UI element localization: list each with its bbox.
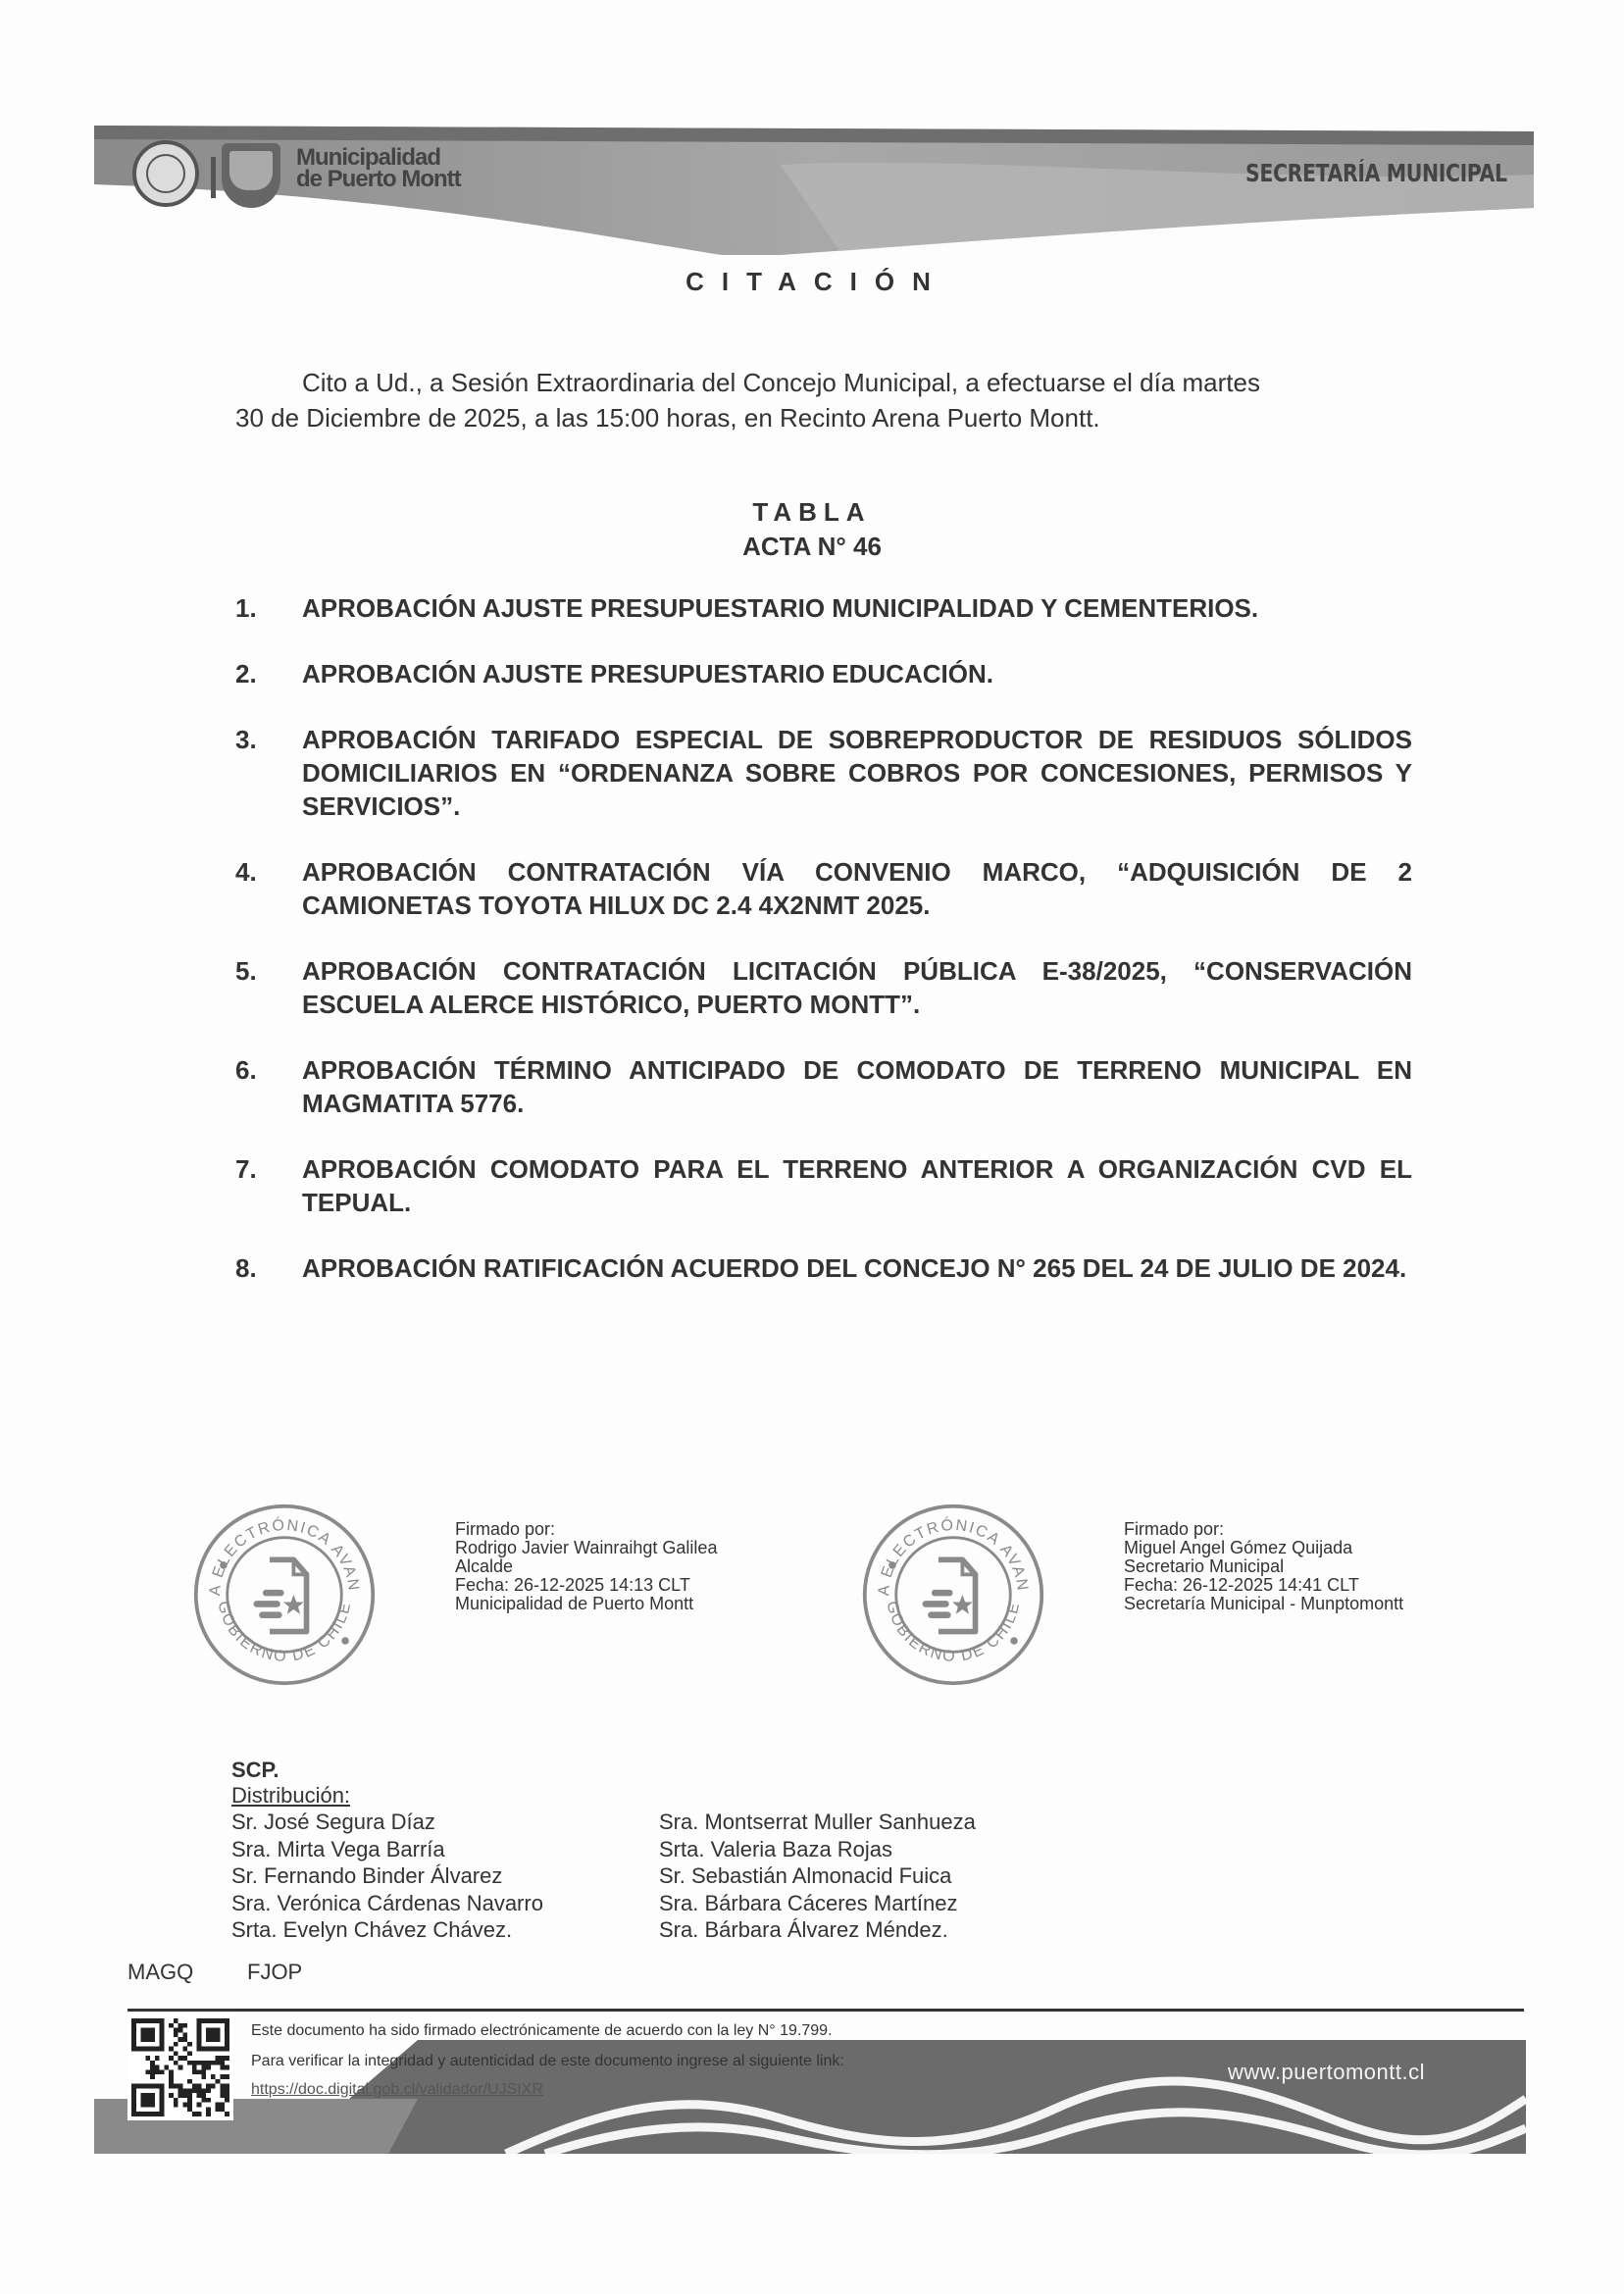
- agenda-item-text: APROBACIÓN TARIFADO ESPECIAL DE SOBREPRO…: [302, 723, 1412, 823]
- agenda-item-text: APROBACIÓN CONTRATACIÓN VÍA CONVENIO MAR…: [302, 855, 1412, 922]
- agenda-item-number: 3.: [235, 723, 302, 823]
- validator-link[interactable]: https://doc.digital.gob.cl/validador/UJS…: [251, 2081, 543, 2099]
- initials-2: FJOP: [247, 1960, 302, 1985]
- agenda-item-number: 7.: [235, 1152, 302, 1219]
- signature-date: Fecha: 26-12-2025 14:13 CLT: [455, 1576, 717, 1595]
- agenda-item-text: APROBACIÓN AJUSTE PRESUPUESTARIO EDUCACI…: [302, 657, 1412, 690]
- verification-instructions: Para verificar la integridad y autentici…: [251, 2053, 844, 2070]
- acta-number: ACTA N° 46: [0, 532, 1624, 562]
- agenda-item-number: 4.: [235, 855, 302, 922]
- intro-paragraph: Cito a Ud., a Sesión Extraordinaria del …: [235, 365, 1412, 435]
- distribution-recipient: Sra. Bárbara Cáceres Martínez: [659, 1890, 976, 1917]
- svg-text:FIRMA ELECTRÓNICA AVANZADA: FIRMA ELECTRÓNICA AVANZADA: [861, 1503, 1031, 1597]
- signature-date: Fecha: 26-12-2025 14:41 CLT: [1124, 1576, 1403, 1595]
- agenda-item: 7.APROBACIÓN COMODATO PARA EL TERRENO AN…: [235, 1152, 1412, 1219]
- signature-seal-icon: FIRMA ELECTRÓNICA AVANZADAGOBIERNO DE CH…: [861, 1503, 1045, 1687]
- distribution-recipient: Sr. José Segura Díaz: [231, 1809, 543, 1836]
- agenda-item: 8.APROBACIÓN RATIFICACIÓN ACUERDO DEL CO…: [235, 1251, 1412, 1285]
- signer-organization: Secretaría Municipal - Munptomontt: [1124, 1595, 1403, 1613]
- signer-name: Rodrigo Javier Wainraihgt Galilea: [455, 1539, 717, 1557]
- electronic-signature-seal: FIRMA ELECTRÓNICA AVANZADAGOBIERNO DE CH…: [192, 1503, 377, 1687]
- electronic-signature-seal: FIRMA ELECTRÓNICA AVANZADAGOBIERNO DE CH…: [861, 1503, 1045, 1687]
- distribution-recipient: Srta. Valeria Baza Rojas: [659, 1836, 976, 1863]
- signature-label: Firmado por:: [1124, 1520, 1403, 1539]
- signature-block-2: Firmado por: Miguel Angel Gómez Quijada …: [1124, 1520, 1403, 1613]
- website-link[interactable]: www.puertomontt.cl: [1228, 2060, 1425, 2085]
- distribution-label: Distribución:: [231, 1783, 350, 1809]
- agenda-item-number: 5.: [235, 954, 302, 1021]
- document-title: CITACIÓN: [0, 267, 1624, 297]
- agenda-item-number: 6.: [235, 1053, 302, 1120]
- distribution-recipient: Sra. Montserrat Muller Sanhueza: [659, 1809, 976, 1836]
- agenda-item-number: 8.: [235, 1251, 302, 1285]
- agenda-item-text: APROBACIÓN COMODATO PARA EL TERRENO ANTE…: [302, 1152, 1412, 1219]
- signature-seal-icon: FIRMA ELECTRÓNICA AVANZADAGOBIERNO DE CH…: [192, 1503, 377, 1687]
- agenda-item-text: APROBACIÓN CONTRATACIÓN LICITACIÓN PÚBLI…: [302, 954, 1412, 1021]
- agenda-list: 1.APROBACIÓN AJUSTE PRESUPUESTARIO MUNIC…: [235, 591, 1412, 1317]
- distribution-column-1: Sr. José Segura DíazSra. Mirta Vega Barr…: [231, 1809, 543, 1944]
- agenda-item-text: APROBACIÓN RATIFICACIÓN ACUERDO DEL CONC…: [302, 1251, 1412, 1285]
- agenda-item: 5.APROBACIÓN CONTRATACIÓN LICITACIÓN PÚB…: [235, 954, 1412, 1021]
- intro-line-2: 30 de Diciembre de 2025, a las 15:00 hor…: [235, 400, 1412, 435]
- agenda-item-number: 1.: [235, 591, 302, 625]
- distribution-recipient: Sr. Sebastián Almonacid Fuica: [659, 1862, 976, 1890]
- agenda-item: 2.APROBACIÓN AJUSTE PRESUPUESTARIO EDUCA…: [235, 657, 1412, 690]
- municipal-seal-logo: [132, 140, 199, 207]
- scp-label: SCP.: [231, 1758, 279, 1783]
- signer-role: Alcalde: [455, 1557, 717, 1576]
- distribution-recipient: Srta. Evelyn Chávez Chávez.: [231, 1916, 543, 1944]
- signature-label: Firmado por:: [455, 1520, 717, 1539]
- organization-line-2: de Puerto Montt: [296, 169, 461, 190]
- electronic-signature-notice: Este documento ha sido firmado electróni…: [251, 2022, 833, 2040]
- department-title: SECRETARÍA MUNICIPAL: [1245, 159, 1507, 187]
- agenda-item: 3.APROBACIÓN TARIFADO ESPECIAL DE SOBREP…: [235, 723, 1412, 823]
- agenda-item: 1.APROBACIÓN AJUSTE PRESUPUESTARIO MUNIC…: [235, 591, 1412, 625]
- distribution-recipient: Sra. Bárbara Álvarez Méndez.: [659, 1916, 976, 1944]
- agenda-item: 4.APROBACIÓN CONTRATACIÓN VÍA CONVENIO M…: [235, 855, 1412, 922]
- qr-code-icon: [131, 2018, 229, 2116]
- distribution-recipient: Sra. Verónica Cárdenas Navarro: [231, 1890, 543, 1917]
- signer-name: Miguel Angel Gómez Quijada: [1124, 1539, 1403, 1557]
- verification-qr-code[interactable]: [127, 2014, 233, 2120]
- signer-organization: Municipalidad de Puerto Montt: [455, 1595, 717, 1613]
- intro-line-1: Cito a Ud., a Sesión Extraordinaria del …: [302, 368, 1260, 397]
- municipal-shield-logo: [222, 143, 280, 208]
- table-heading: TABLA: [0, 497, 1624, 528]
- agenda-item-text: APROBACIÓN TÉRMINO ANTICIPADO DE COMODAT…: [302, 1053, 1412, 1120]
- svg-text:FIRMA ELECTRÓNICA AVANZADA: FIRMA ELECTRÓNICA AVANZADA: [192, 1503, 362, 1597]
- footer-divider: [127, 2009, 1524, 2012]
- signer-role: Secretario Municipal: [1124, 1557, 1403, 1576]
- logo-divider: [211, 157, 216, 198]
- initials-1: MAGQ: [127, 1960, 193, 1985]
- distribution-recipient: Sra. Mirta Vega Barría: [231, 1836, 543, 1863]
- organization-name: Municipalidad de Puerto Montt: [296, 147, 461, 190]
- distribution-column-2: Sra. Montserrat Muller SanhuezaSrta. Val…: [659, 1809, 976, 1944]
- distribution-recipient: Sr. Fernando Binder Álvarez: [231, 1862, 543, 1890]
- agenda-item: 6.APROBACIÓN TÉRMINO ANTICIPADO DE COMOD…: [235, 1053, 1412, 1120]
- signature-block-1: Firmado por: Rodrigo Javier Wainraihgt G…: [455, 1520, 717, 1613]
- agenda-item-text: APROBACIÓN AJUSTE PRESUPUESTARIO MUNICIP…: [302, 591, 1412, 625]
- agenda-item-number: 2.: [235, 657, 302, 690]
